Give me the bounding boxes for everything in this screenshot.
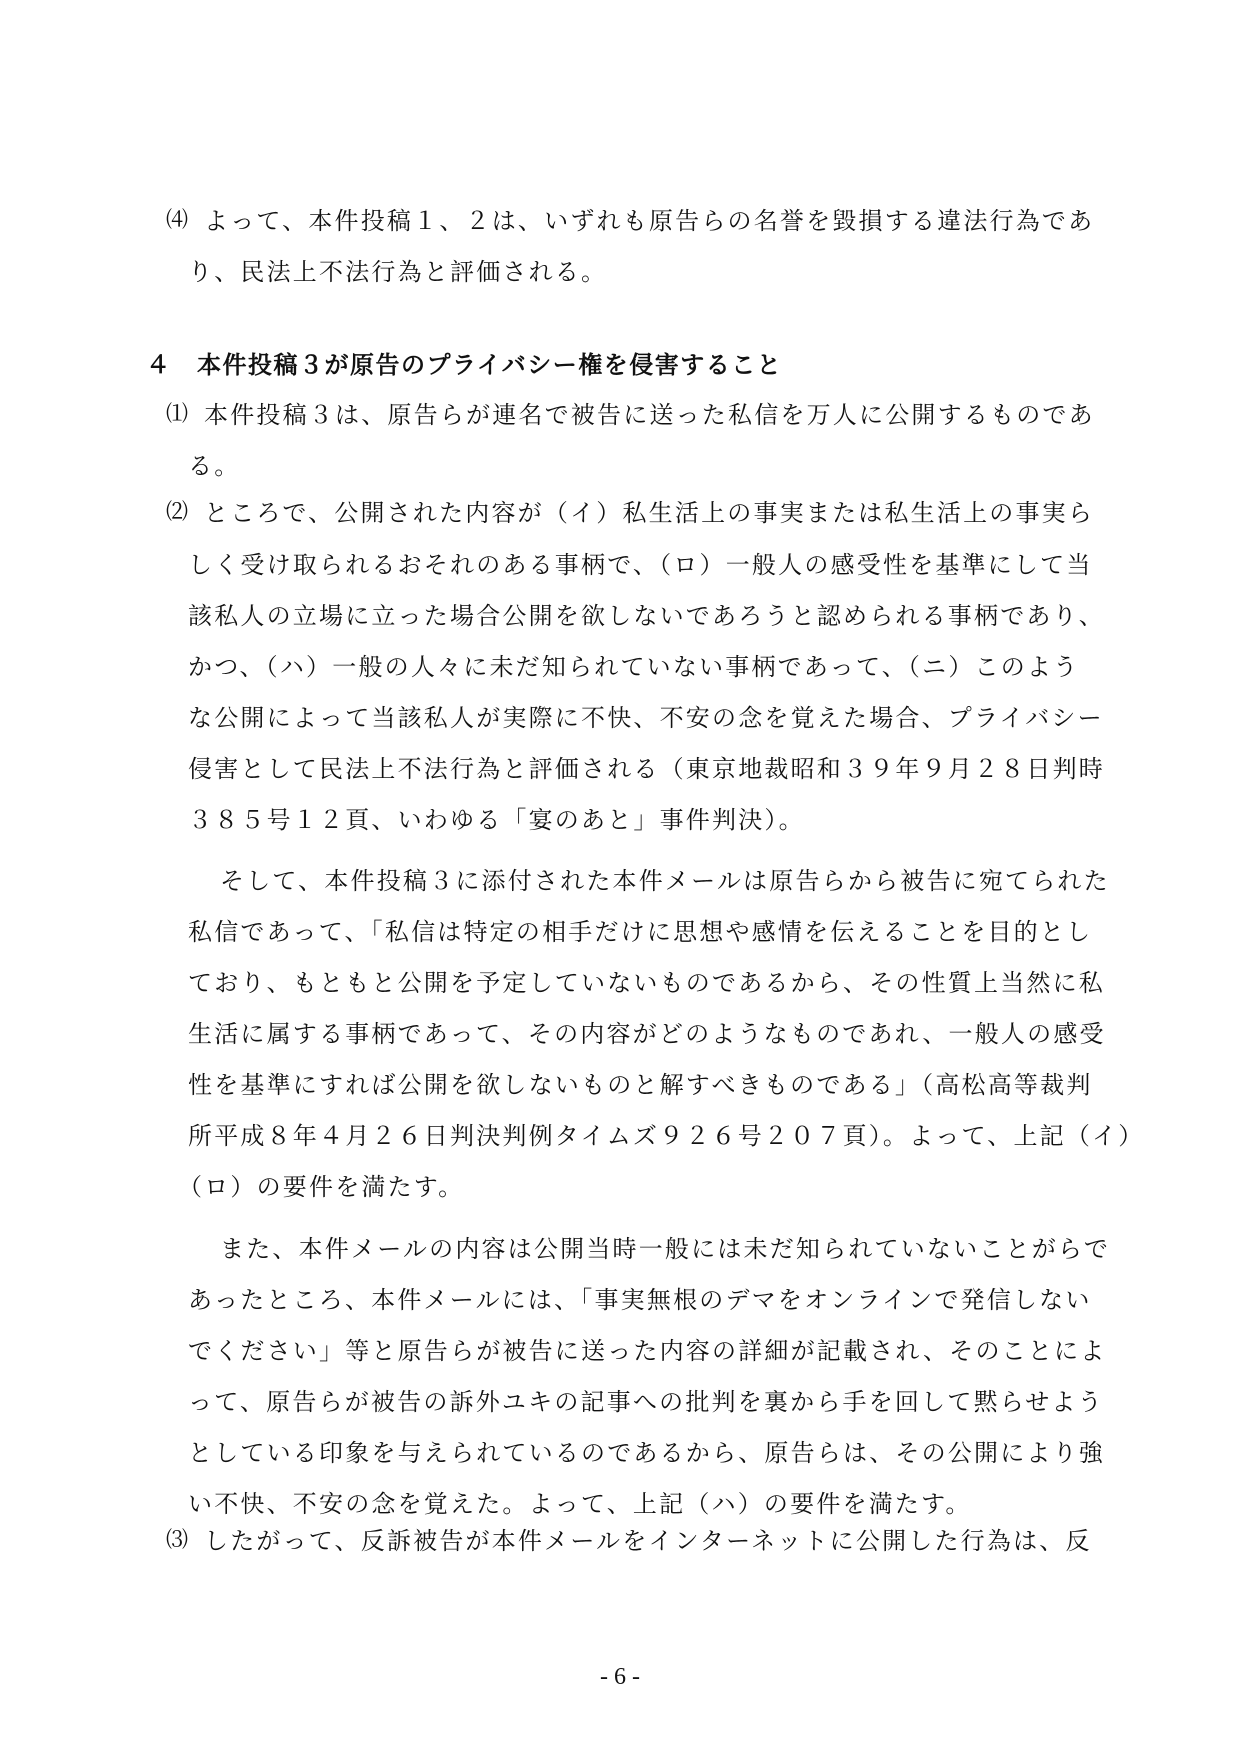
body-line: よって、本件投稿１、２は、いずれも原告らの名誉を毀損する違法行為であ xyxy=(204,206,1094,236)
body-line: り、民法上不法行為と評価される。 xyxy=(188,257,607,287)
body-line: る。 xyxy=(188,451,240,481)
body-line: ており、もともと公開を予定していないものであるから、その性質上当然に私 xyxy=(188,968,1105,998)
body-line: しく受け取られるおそれのある事柄で、（ロ）一般人の感受性を基準にして当 xyxy=(188,550,1093,580)
body-line: 生活に属する事柄であって、その内容がどのようなものであれ、一般人の感受 xyxy=(188,1019,1106,1049)
body-line: 私信であって、「私信は特定の相手だけに思想や感情を伝えることを目的とし xyxy=(188,917,1092,947)
body-line: な公開によって当該私人が実際に不快、不安の念を覚えた場合、プライバシー xyxy=(188,703,1104,733)
item-marker: ⑶ xyxy=(166,1526,188,1556)
body-line: でください」等と原告らが被告に送った内容の詳細が記載され、そのことによ xyxy=(188,1336,1106,1366)
body-line: ３８５号１２頁、いわゆる「宴のあと」事件判決）。 xyxy=(188,805,805,835)
body-line: また、本件メールの内容は公開当時一般には未だ知られていないことがらで xyxy=(220,1234,1110,1264)
body-line: したがって、反訴被告が本件メールをインターネットに公開した行為は、反 xyxy=(204,1526,1092,1556)
body-line: い不快、不安の念を覚えた。よって、上記（ハ）の要件を満たす。 xyxy=(188,1489,972,1519)
item-marker: ⑵ xyxy=(166,498,188,528)
body-line: って、原告らが被告の訴外ユキの記事への批判を裏から手を回して黙らせよう xyxy=(188,1387,1104,1417)
body-line: あったところ、本件メールには、「事実無根のデマをオンラインで発信しない xyxy=(188,1285,1092,1315)
body-line: 本件投稿３は、原告らが連名で被告に送った私信を万人に公開するものであ xyxy=(204,400,1095,430)
body-line: 性を基準にすれば公開を欲しないものと解すべきものである」（高松高等裁判 xyxy=(188,1070,1093,1100)
item-marker: ⑴ xyxy=(166,400,188,430)
body-line: 該私人の立場に立った場合公開を欲しないであろうと認められる事柄であり、 xyxy=(188,601,1105,631)
body-line: 所平成８年４月２６日判決判例タイムズ９２６号２０７頁）。よって、上記（イ） xyxy=(188,1121,1144,1151)
item-marker: ⑷ xyxy=(166,206,188,236)
body-line: 侵害として民法上不法行為と評価される（東京地裁昭和３９年９月２８日判時 xyxy=(188,754,1105,784)
body-line: としている印象を与えられているのであるから、原告らは、その公開により強 xyxy=(188,1438,1105,1468)
body-line: かつ、（ハ）一般の人々に未だ知られていない事柄であって、（ニ）このよう xyxy=(188,652,1079,682)
section-heading: ４ 本件投稿３が原告のプライバシー権を侵害すること xyxy=(146,350,782,380)
page-number: - 6 - xyxy=(0,1664,1240,1691)
body-line: そして、本件投稿３に添付された本件メールは原告らから被告に宛てられた xyxy=(220,866,1110,896)
body-line: （ロ）の要件を満たす。 xyxy=(178,1172,464,1202)
body-line: ところで、公開された内容が（イ）私生活上の事実または私生活上の事実ら xyxy=(204,498,1094,528)
